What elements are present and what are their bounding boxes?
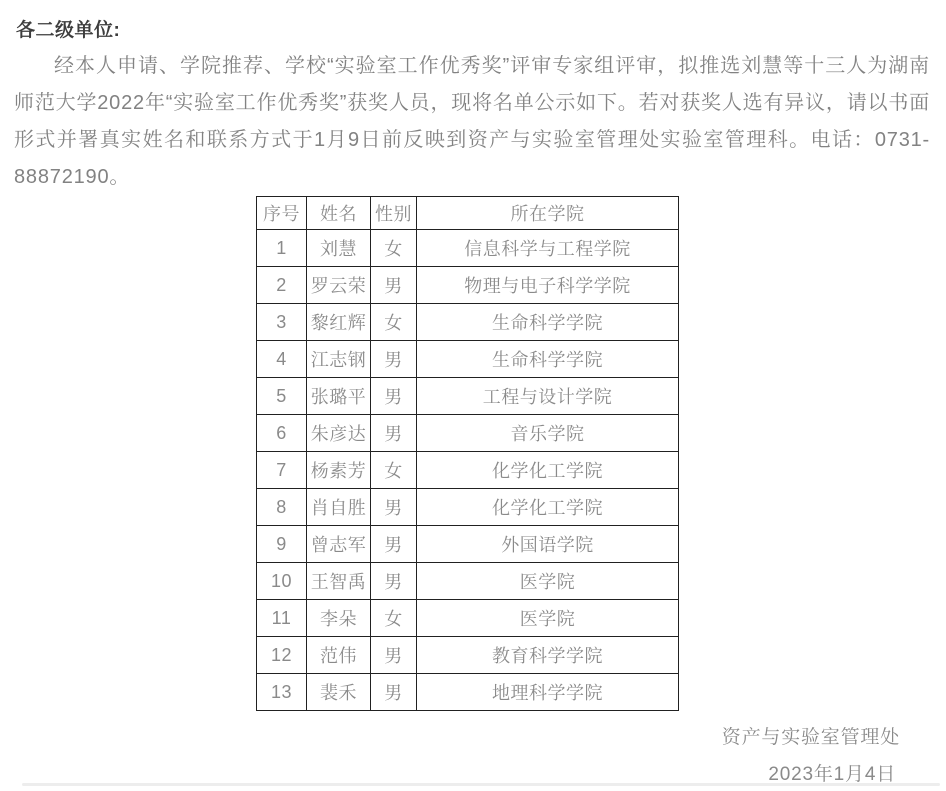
table-row: 11 李朵 女 医学院	[257, 600, 679, 637]
document-footer: 资产与实验室管理处 2023年1月4日	[14, 719, 930, 791]
announcement-paragraph: 经本人申请、学院推荐、学校“实验室工作优秀奖”评审专家组评审，拟推选刘慧等十三人…	[14, 48, 930, 196]
table-row: 5 张璐平 男 工程与设计学院	[257, 378, 679, 415]
cell-gender: 男	[371, 489, 417, 526]
cell-index: 11	[257, 600, 307, 637]
table-row: 8 肖自胜 男 化学化工学院	[257, 489, 679, 526]
cell-college: 生命科学学院	[417, 304, 679, 341]
cell-index: 7	[257, 452, 307, 489]
header-cell-gender: 性别	[371, 197, 417, 230]
cell-index: 10	[257, 563, 307, 600]
header-cell-name: 姓名	[307, 197, 371, 230]
cell-college: 生命科学学院	[417, 341, 679, 378]
table-row: 12 范伟 男 教育科学学院	[257, 637, 679, 674]
cell-name: 肖自胜	[307, 489, 371, 526]
cell-index: 9	[257, 526, 307, 563]
bottom-divider	[22, 783, 940, 786]
cell-college: 医学院	[417, 563, 679, 600]
table-row: 13 裴禾 男 地理科学学院	[257, 674, 679, 711]
cell-college: 医学院	[417, 600, 679, 637]
table-header-row: 序号 姓名 性别 所在学院	[257, 197, 679, 230]
cell-index: 4	[257, 341, 307, 378]
cell-name: 曾志军	[307, 526, 371, 563]
cell-name: 罗云荣	[307, 267, 371, 304]
cell-index: 13	[257, 674, 307, 711]
cell-name: 朱彦达	[307, 415, 371, 452]
table-row: 1 刘慧 女 信息科学与工程学院	[257, 230, 679, 267]
cell-name: 王智禹	[307, 563, 371, 600]
header-cell-college: 所在学院	[417, 197, 679, 230]
table-row: 7 杨素芳 女 化学化工学院	[257, 452, 679, 489]
cell-gender: 女	[371, 600, 417, 637]
cell-gender: 女	[371, 304, 417, 341]
cell-college: 教育科学学院	[417, 637, 679, 674]
cell-gender: 男	[371, 526, 417, 563]
cell-college: 信息科学与工程学院	[417, 230, 679, 267]
cell-gender: 女	[371, 230, 417, 267]
table-row: 9 曾志军 男 外国语学院	[257, 526, 679, 563]
table-row: 10 王智禹 男 医学院	[257, 563, 679, 600]
table-row: 6 朱彦达 男 音乐学院	[257, 415, 679, 452]
signature-line: 资产与实验室管理处	[14, 719, 900, 756]
cell-name: 江志钢	[307, 341, 371, 378]
cell-index: 2	[257, 267, 307, 304]
cell-college: 工程与设计学院	[417, 378, 679, 415]
cell-name: 黎红辉	[307, 304, 371, 341]
cell-college: 物理与电子科学学院	[417, 267, 679, 304]
awardees-table: 序号 姓名 性别 所在学院 1 刘慧 女 信息科学与工程学院 2 罗云荣 男 物…	[256, 196, 679, 711]
cell-name: 李朵	[307, 600, 371, 637]
cell-gender: 男	[371, 563, 417, 600]
cell-college: 外国语学院	[417, 526, 679, 563]
table-row: 2 罗云荣 男 物理与电子科学学院	[257, 267, 679, 304]
cell-gender: 男	[371, 674, 417, 711]
announcement-document: 各二级单位: 经本人申请、学院推荐、学校“实验室工作优秀奖”评审专家组评审，拟推…	[0, 0, 946, 791]
awardees-table-body: 1 刘慧 女 信息科学与工程学院 2 罗云荣 男 物理与电子科学学院 3 黎红辉…	[257, 230, 679, 711]
header-cell-index: 序号	[257, 197, 307, 230]
cell-gender: 男	[371, 637, 417, 674]
cell-index: 1	[257, 230, 307, 267]
cell-gender: 男	[371, 415, 417, 452]
cell-name: 杨素芳	[307, 452, 371, 489]
salutation: 各二级单位:	[16, 20, 930, 42]
cell-index: 3	[257, 304, 307, 341]
cell-index: 12	[257, 637, 307, 674]
cell-index: 6	[257, 415, 307, 452]
cell-college: 化学化工学院	[417, 489, 679, 526]
cell-gender: 男	[371, 378, 417, 415]
cell-gender: 男	[371, 267, 417, 304]
cell-college: 音乐学院	[417, 415, 679, 452]
cell-college: 化学化工学院	[417, 452, 679, 489]
cell-index: 5	[257, 378, 307, 415]
cell-name: 裴禾	[307, 674, 371, 711]
cell-college: 地理科学学院	[417, 674, 679, 711]
cell-name: 范伟	[307, 637, 371, 674]
cell-name: 刘慧	[307, 230, 371, 267]
table-row: 4 江志钢 男 生命科学学院	[257, 341, 679, 378]
cell-gender: 女	[371, 452, 417, 489]
cell-index: 8	[257, 489, 307, 526]
table-row: 3 黎红辉 女 生命科学学院	[257, 304, 679, 341]
cell-gender: 男	[371, 341, 417, 378]
cell-name: 张璐平	[307, 378, 371, 415]
